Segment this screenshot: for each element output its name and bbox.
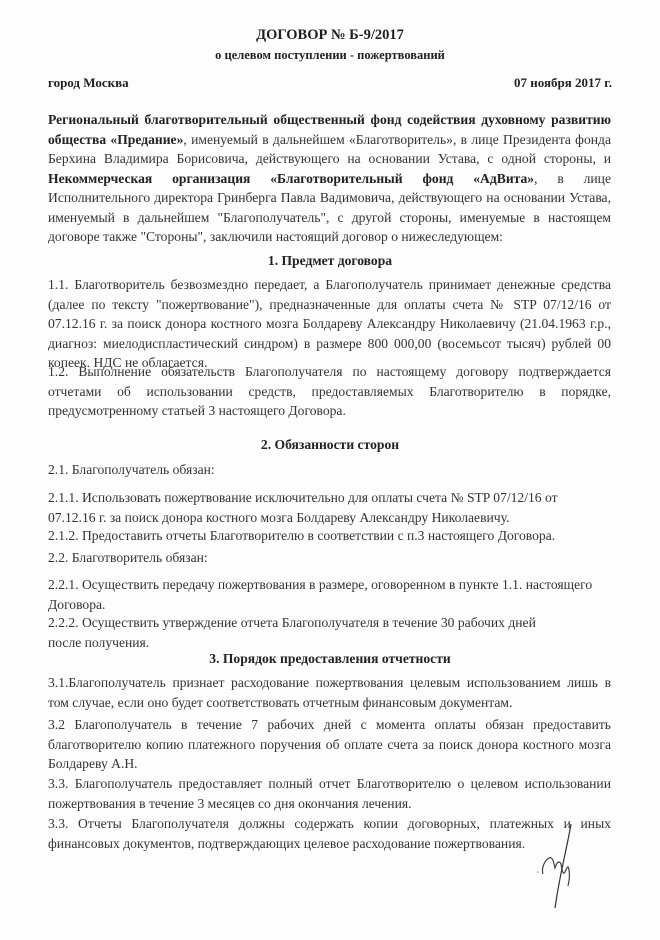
contract-date: 07 ноября 2017 г. [514, 75, 612, 91]
clause-2-2-1: 2.2.1. Осуществить передачу пожертвовани… [48, 575, 603, 614]
clause-3-3: 3.3. Благополучатель предоставляет полны… [48, 774, 611, 813]
section-3-heading: 3. Порядок предоставления отчетности [0, 651, 660, 667]
section-1-heading: 1. Предмет договора [0, 253, 660, 269]
preamble: Региональный благотворительный обществен… [48, 110, 611, 247]
clause-2-2-2: 2.2.2. Осуществить утверждение отчета Бл… [48, 613, 568, 652]
contract-city: город Москва [48, 75, 129, 91]
section-2-heading: 2. Обязанности сторон [0, 437, 660, 453]
document-title: ДОГОВОР № Б-9/2017 [0, 27, 660, 44]
clause-3-1: 3.1.Благополучатель признает расходовани… [48, 673, 611, 712]
clause-3-3b: 3.3. Отчеты Благополучателя должны содер… [48, 814, 611, 853]
document-subtitle: о целевом поступлении - пожертвований [0, 48, 660, 63]
clause-1-1: 1.1. Благотворитель безвозмездно передае… [48, 275, 611, 373]
clause-1-2: 1.2. Выполнение обязательств Благополуча… [48, 362, 611, 421]
clause-2-1-1: 2.1.1. Использовать пожертвование исключ… [48, 488, 568, 527]
clause-3-2: 3.2 Благополучатель в течение 7 рабочих … [48, 715, 611, 774]
clause-2-1: 2.1. Благополучатель обязан: [48, 460, 611, 480]
clause-2-2: 2.2. Благотворитель обязан: [48, 548, 611, 568]
clause-2-1-2: 2.1.2. Предоставить отчеты Благотворител… [48, 526, 611, 546]
party2-name: Некоммерческая организация «Благотворите… [48, 171, 534, 186]
contract-page: ДОГОВОР № Б-9/2017 о целевом поступлении… [0, 0, 660, 940]
handwritten-signature-icon [535, 822, 595, 912]
